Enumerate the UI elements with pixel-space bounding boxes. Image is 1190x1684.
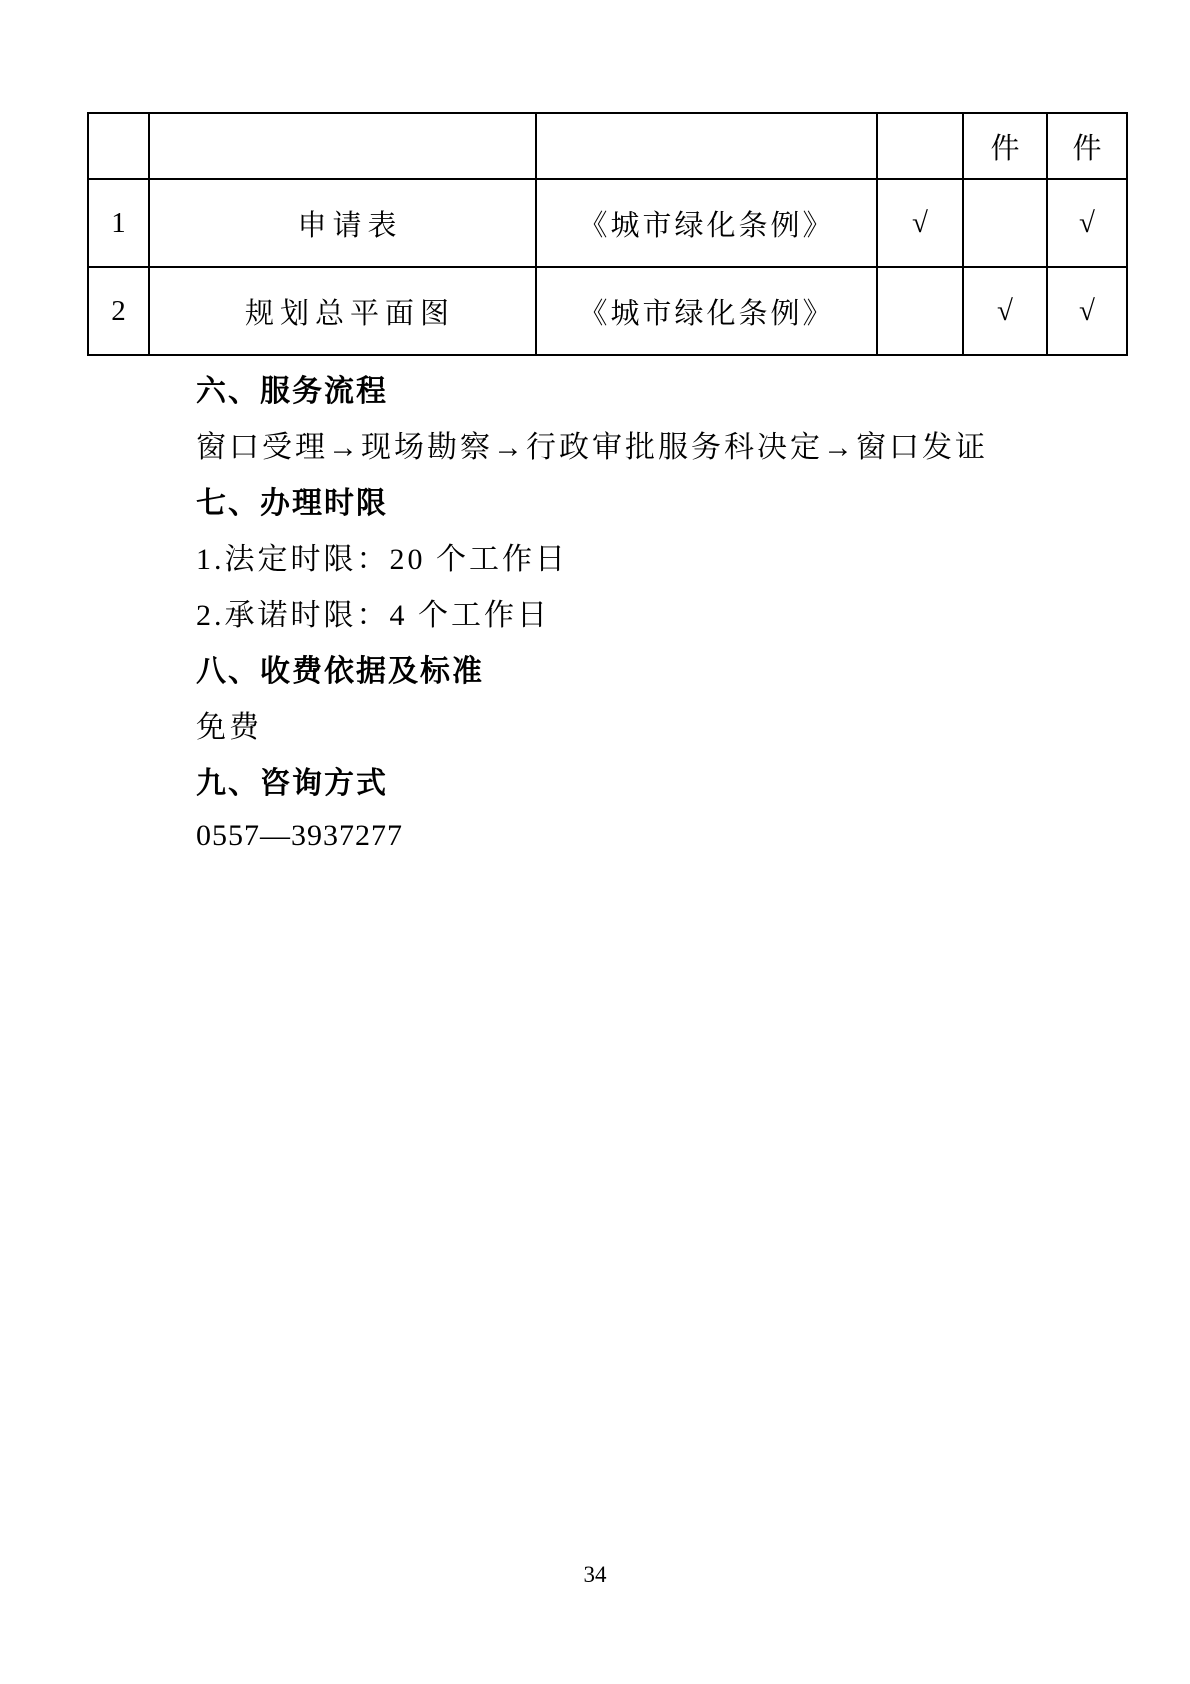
- cell-col4-mark: √: [877, 179, 963, 267]
- materials-table: 件 件 1 申请表 《城市绿化条例》 √ √ 2 规划总平面图 《城市绿化条例》…: [87, 112, 1128, 356]
- cell-col6-mark: √: [1047, 267, 1127, 355]
- table-header-row: 件 件: [88, 113, 1127, 179]
- service-flow-text: 窗口受理→现场勘察→行政审批服务科决定→窗口发证: [196, 416, 1096, 472]
- header-cell-name: [149, 113, 536, 179]
- section-heading-6: 六、服务流程: [196, 360, 1096, 416]
- cell-seq: 2: [88, 267, 149, 355]
- header-cell-col4: [877, 113, 963, 179]
- cell-basis: 《城市绿化条例》: [536, 267, 877, 355]
- cell-material-name: 申请表: [149, 179, 536, 267]
- table-row-1: 1 申请表 《城市绿化条例》 √ √: [88, 179, 1127, 267]
- promised-limit-text: 2.承诺时限：4 个工作日: [196, 584, 1096, 640]
- header-cell-col5-unit: 件: [963, 113, 1047, 179]
- header-cell-seq: [88, 113, 149, 179]
- cell-basis: 《城市绿化条例》: [536, 179, 877, 267]
- header-cell-col6-unit: 件: [1047, 113, 1127, 179]
- page-number: 34: [0, 1562, 1190, 1588]
- cell-seq: 1: [88, 179, 149, 267]
- phone-number-text: 0557—3937277: [196, 808, 1096, 864]
- section-heading-7: 七、办理时限: [196, 472, 1096, 528]
- section-heading-8: 八、收费依据及标准: [196, 640, 1096, 696]
- document-body: 六、服务流程 窗口受理→现场勘察→行政审批服务科决定→窗口发证 七、办理时限 1…: [196, 360, 1096, 864]
- fee-text: 免费: [196, 696, 1096, 752]
- cell-col4-mark: [877, 267, 963, 355]
- cell-col5-mark: [963, 179, 1047, 267]
- header-cell-basis: [536, 113, 877, 179]
- cell-col6-mark: √: [1047, 179, 1127, 267]
- document-page: 件 件 1 申请表 《城市绿化条例》 √ √ 2 规划总平面图 《城市绿化条例》…: [0, 0, 1190, 1684]
- section-heading-9: 九、咨询方式: [196, 752, 1096, 808]
- cell-material-name: 规划总平面图: [149, 267, 536, 355]
- cell-col5-mark: √: [963, 267, 1047, 355]
- statutory-limit-text: 1.法定时限：20 个工作日: [196, 528, 1096, 584]
- table-row-2: 2 规划总平面图 《城市绿化条例》 √ √: [88, 267, 1127, 355]
